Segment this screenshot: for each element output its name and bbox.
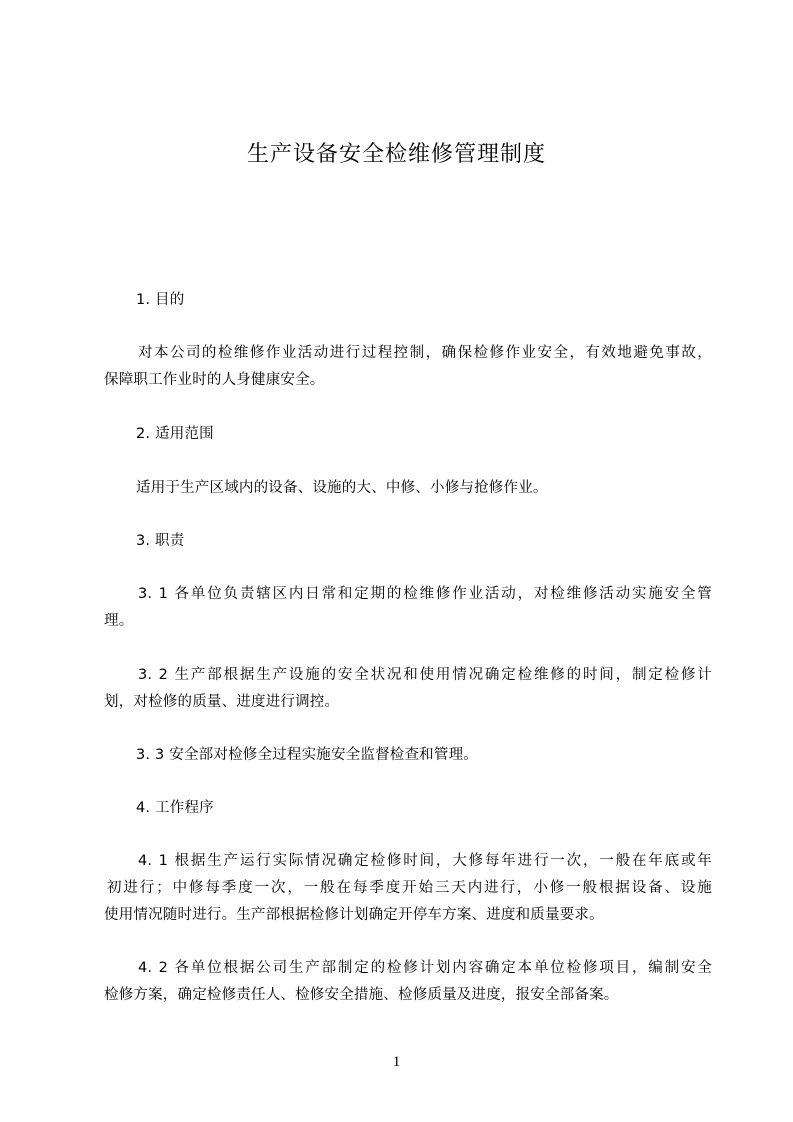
paragraph-line: 理。 bbox=[104, 611, 714, 631]
paragraph-line: 4. 2 各单位根据公司生产部制定的检修计划内容确定本单位检修项目，编制安全 bbox=[138, 958, 712, 978]
section-heading-procedure: 4. 工作程序 bbox=[136, 798, 746, 818]
paragraph-line: 3. 3 安全部对检修全过程实施安全监督检查和管理。 bbox=[136, 745, 746, 765]
section-heading-scope: 2. 适用范围 bbox=[136, 424, 746, 444]
document-title: 生产设备安全检维修管理制度 bbox=[0, 140, 793, 170]
paragraph-line: 适用于生产区域内的设备、设施的大、中修、小修与抢修作业。 bbox=[136, 478, 746, 498]
paragraph-line: 初进行；中修每季度一次，一般在每季度开始三天内进行，小修一般根据设备、设施 bbox=[107, 878, 712, 898]
document-page: 生产设备安全检维修管理制度 1. 目的 对本公司的检维修作业活动进行过程控制，确… bbox=[0, 0, 793, 1122]
section-heading-responsibilities: 3. 职责 bbox=[136, 531, 746, 551]
paragraph-line: 检修方案，确定检修责任人、检修安全措施、检修质量及进度，报安全部备案。 bbox=[104, 985, 714, 1005]
paragraph-line: 使用情况随时进行。生产部根据检修计划确定开停车方案、进度和质量要求。 bbox=[104, 905, 714, 925]
page-number: 1 bbox=[0, 1054, 793, 1071]
paragraph-line: 保障职工作业时的人身健康安全。 bbox=[104, 370, 714, 390]
paragraph-line: 3. 2 生产部根据生产设施的安全状况和使用情况确定检维修的时间，制定检修计 bbox=[138, 665, 712, 685]
paragraph-line: 4. 1 根据生产运行实际情况确定检修时间，大修每年进行一次，一般在年底或年 bbox=[138, 851, 712, 871]
paragraph-line: 3. 1 各单位负责辖区内日常和定期的检维修作业活动，对检维修活动实施安全管 bbox=[138, 584, 712, 604]
section-heading-purpose: 1. 目的 bbox=[136, 290, 746, 310]
paragraph-line: 对本公司的检维修作业活动进行过程控制，确保检修作业安全，有效地避免事故， bbox=[138, 343, 712, 363]
paragraph-line: 划，对检修的质量、进度进行调控。 bbox=[104, 692, 714, 712]
